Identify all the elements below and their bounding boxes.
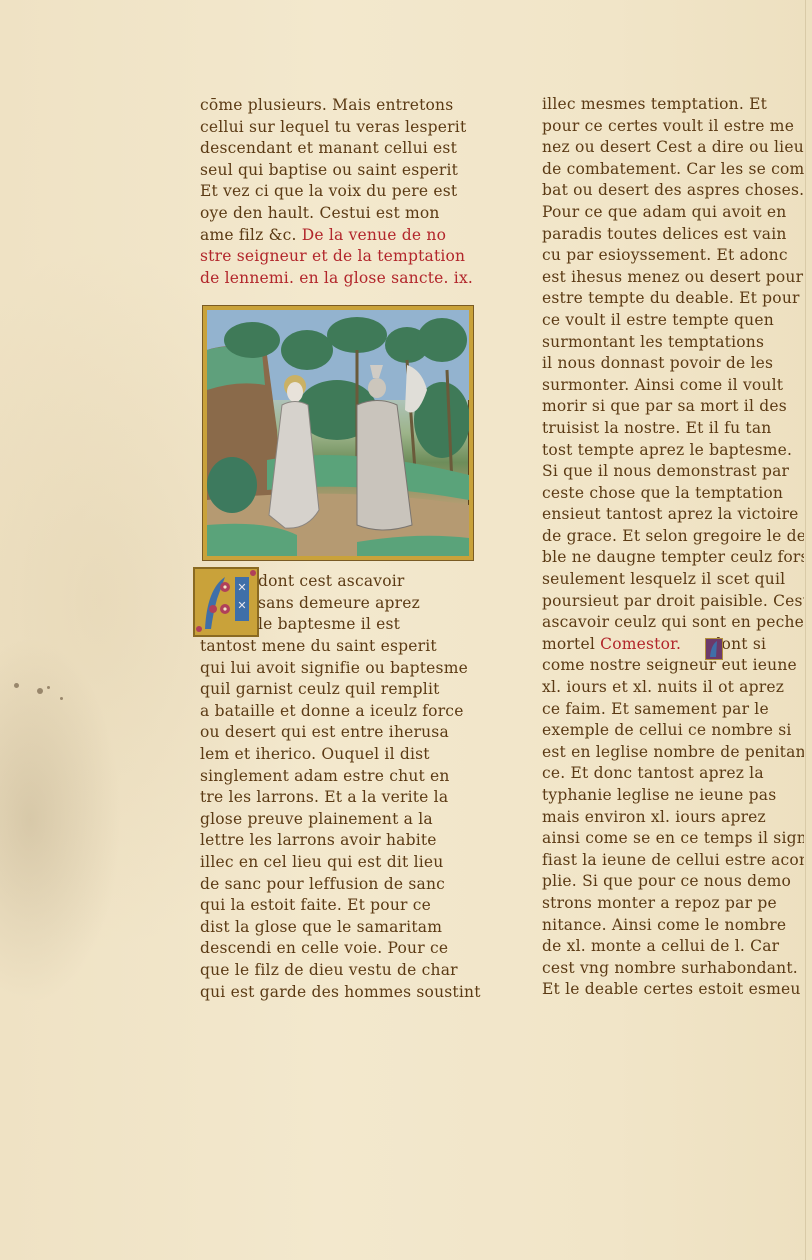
- text-line: lem et iherico. Ouquel il dist: [200, 744, 490, 766]
- miniature-painting: [207, 310, 469, 556]
- text-line: fiast la ieune de cellui estre acom: [542, 850, 804, 872]
- rubric-line: stre seigneur et de la temptation: [200, 246, 490, 268]
- text-line: illec mesmes temptation. Et: [542, 94, 804, 116]
- text-line: illec en cel lieu qui est dit lieu: [200, 852, 490, 874]
- text-fragment: mortel: [542, 635, 595, 653]
- text-line: oye den hault. Cestui est mon: [200, 203, 490, 225]
- text-line: de combatement. Car les se com: [542, 159, 804, 181]
- text-line: ensieut tantost aprez la victoire: [542, 504, 804, 526]
- initial-letter-decoration: ✕ ✕: [195, 569, 257, 635]
- illuminated-initial-a: ✕ ✕: [193, 567, 259, 637]
- text-line: qui lui avoit signifie ou baptesme: [200, 658, 490, 680]
- page-edge: [805, 0, 806, 1260]
- stain: [37, 688, 43, 694]
- rubric-heading: De la venue de no: [302, 226, 446, 244]
- text-line: plie. Si que pour ce nous demo: [542, 871, 804, 893]
- text-line: de xl. monte a cellui de l. Car: [542, 936, 804, 958]
- text-line: cest vng nombre surhabondant.: [542, 958, 804, 980]
- text-line: exemple de cellui ce nombre si: [542, 720, 804, 742]
- left-column-beside-initial: dont cest ascavoir sans demeure aprez le…: [258, 571, 490, 636]
- text-line: nitance. Ainsi come le nombre: [542, 915, 804, 937]
- stain: [14, 683, 19, 688]
- text-line: typhanie leglise ne ieune pas: [542, 785, 804, 807]
- stain: [60, 697, 63, 700]
- text-line: ainsi come se en ce temps il signi: [542, 828, 804, 850]
- rubric-comestor: Comestor.: [600, 635, 681, 653]
- text-line: quil garnist ceulz quil remplit: [200, 679, 490, 701]
- text-line: tost tempte aprez le baptesme.: [542, 440, 804, 462]
- small-initial-decoration: [706, 639, 722, 659]
- text-line: singlement adam estre chut en: [200, 766, 490, 788]
- text-fragment: ame filz &c.: [200, 226, 297, 244]
- text-line: truisist la nostre. Et il fu tan: [542, 418, 804, 440]
- text-line: ou desert qui est entre iherusa: [200, 722, 490, 744]
- text-line-comestor: mortel Comestor. dont si: [542, 634, 804, 656]
- text-line: cōme plusieurs. Mais entretons: [200, 95, 490, 117]
- text-line: xl. iours et xl. nuits il ot aprez: [542, 677, 804, 699]
- text-line: descendant et manant cellui est: [200, 138, 490, 160]
- text-line: ceste chose que la temptation: [542, 483, 804, 505]
- text-line: surmontant les temptations: [542, 332, 804, 354]
- svg-text:✕: ✕: [237, 599, 246, 612]
- text-line: ascavoir ceulz qui sont en peche: [542, 612, 804, 634]
- text-line: dont cest ascavoir: [258, 571, 490, 593]
- right-column: illec mesmes temptation. Et pour ce cert…: [542, 94, 804, 1001]
- text-line: ble ne daugne tempter ceulz fors: [542, 547, 804, 569]
- left-column-body: tantost mene du saint esperit qui lui av…: [200, 636, 490, 1003]
- manuscript-folio: cōme plusieurs. Mais entretons cellui su…: [0, 0, 812, 1260]
- text-line: ce. Et donc tantost aprez la: [542, 763, 804, 785]
- text-line: glose preuve plainement a la: [200, 809, 490, 831]
- text-line: Et vez ci que la voix du pere est: [200, 181, 490, 203]
- text-line: bat ou desert des aspres choses.: [542, 180, 804, 202]
- text-line: poursieut par droit paisible. Cest: [542, 591, 804, 613]
- text-line: Si que il nous demonstrast par: [542, 461, 804, 483]
- text-line: seulement lesquelz il scet quil: [542, 569, 804, 591]
- text-line: paradis toutes delices est vain: [542, 224, 804, 246]
- text-line: morir si que par sa mort il des: [542, 396, 804, 418]
- text-line: Pour ce que adam qui avoit en: [542, 202, 804, 224]
- text-line: qui la estoit faite. Et pour ce: [200, 895, 490, 917]
- text-line: descendi en celle voie. Pour ce: [200, 938, 490, 960]
- text-line: tantost mene du saint esperit: [200, 636, 490, 658]
- text-line: tre les larrons. Et a la verite la: [200, 787, 490, 809]
- text-line: cellui sur lequel tu veras lesperit: [200, 117, 490, 139]
- text-line: ce voult il estre tempte quen: [542, 310, 804, 332]
- text-line: que le filz de dieu vestu de char: [200, 960, 490, 982]
- text-line: de sanc pour leffusion de sanc: [200, 874, 490, 896]
- small-illuminated-initial-a: [705, 638, 723, 660]
- text-line: pour ce certes voult il estre me: [542, 116, 804, 138]
- rubric-line: de lennemi. en la glose sancte. ix.: [200, 268, 490, 290]
- text-line: est en leglise nombre de penitan: [542, 742, 804, 764]
- text-line: ame filz &c. De la venue de no: [200, 225, 490, 247]
- text-line: a bataille et donne a iceulz force: [200, 701, 490, 723]
- text-line: come nostre seigneur eut ieune: [542, 655, 804, 677]
- text-line: ce faim. Et samement par le: [542, 699, 804, 721]
- text-line: qui est garde des hommes soustint: [200, 982, 490, 1004]
- text-line: surmonter. Ainsi come il voult: [542, 375, 804, 397]
- miniature-temptation-of-christ: [203, 306, 473, 560]
- text-line: estre tempte du deable. Et pour: [542, 288, 804, 310]
- text-line: lettre les larrons avoir habite: [200, 830, 490, 852]
- text-line: Et le deable certes estoit esmeu: [542, 979, 804, 1001]
- svg-text:✕: ✕: [237, 581, 246, 594]
- text-line: sans demeure aprez: [258, 593, 490, 615]
- stain: [47, 686, 50, 689]
- text-line: le baptesme il est: [258, 614, 490, 636]
- text-line: cu par esioyssement. Et adonc: [542, 245, 804, 267]
- left-column-top: cōme plusieurs. Mais entretons cellui su…: [200, 95, 490, 289]
- text-line: dist la glose que le samaritam: [200, 917, 490, 939]
- text-line: nez ou desert Cest a dire ou lieu: [542, 137, 804, 159]
- text-line: il nous donnast povoir de les: [542, 353, 804, 375]
- text-line: de grace. Et selon gregoire le dea: [542, 526, 804, 548]
- text-line: mais environ xl. iours aprez: [542, 807, 804, 829]
- text-line: seul qui baptise ou saint esperit: [200, 160, 490, 182]
- text-line: est ihesus menez ou desert pour: [542, 267, 804, 289]
- text-line: strons monter a repoz par pe: [542, 893, 804, 915]
